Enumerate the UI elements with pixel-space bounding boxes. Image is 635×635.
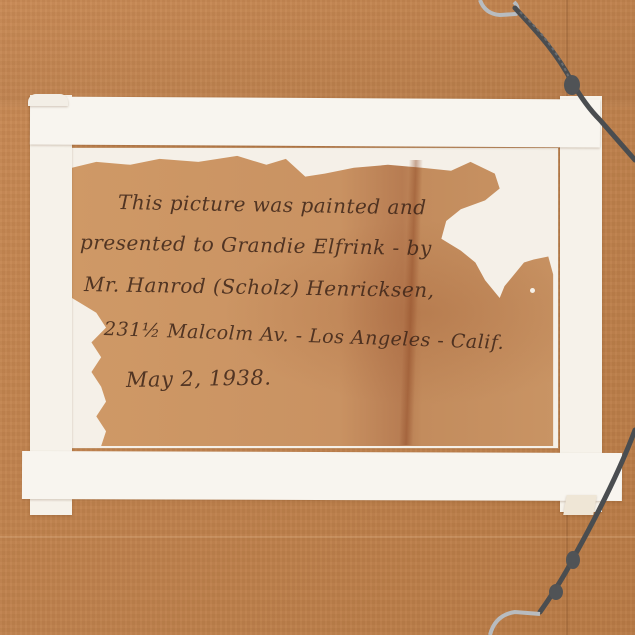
tape-strip-top [30,97,600,148]
board-seam-horizontal [0,536,635,538]
pin-hole [530,288,535,293]
tape-corner-fold [563,495,597,515]
note-line-5: May 2, 1938. [126,365,272,392]
tape-corner-curl [28,94,68,106]
tape-strip-bottom [22,451,622,501]
tape-strip-right [560,96,602,512]
